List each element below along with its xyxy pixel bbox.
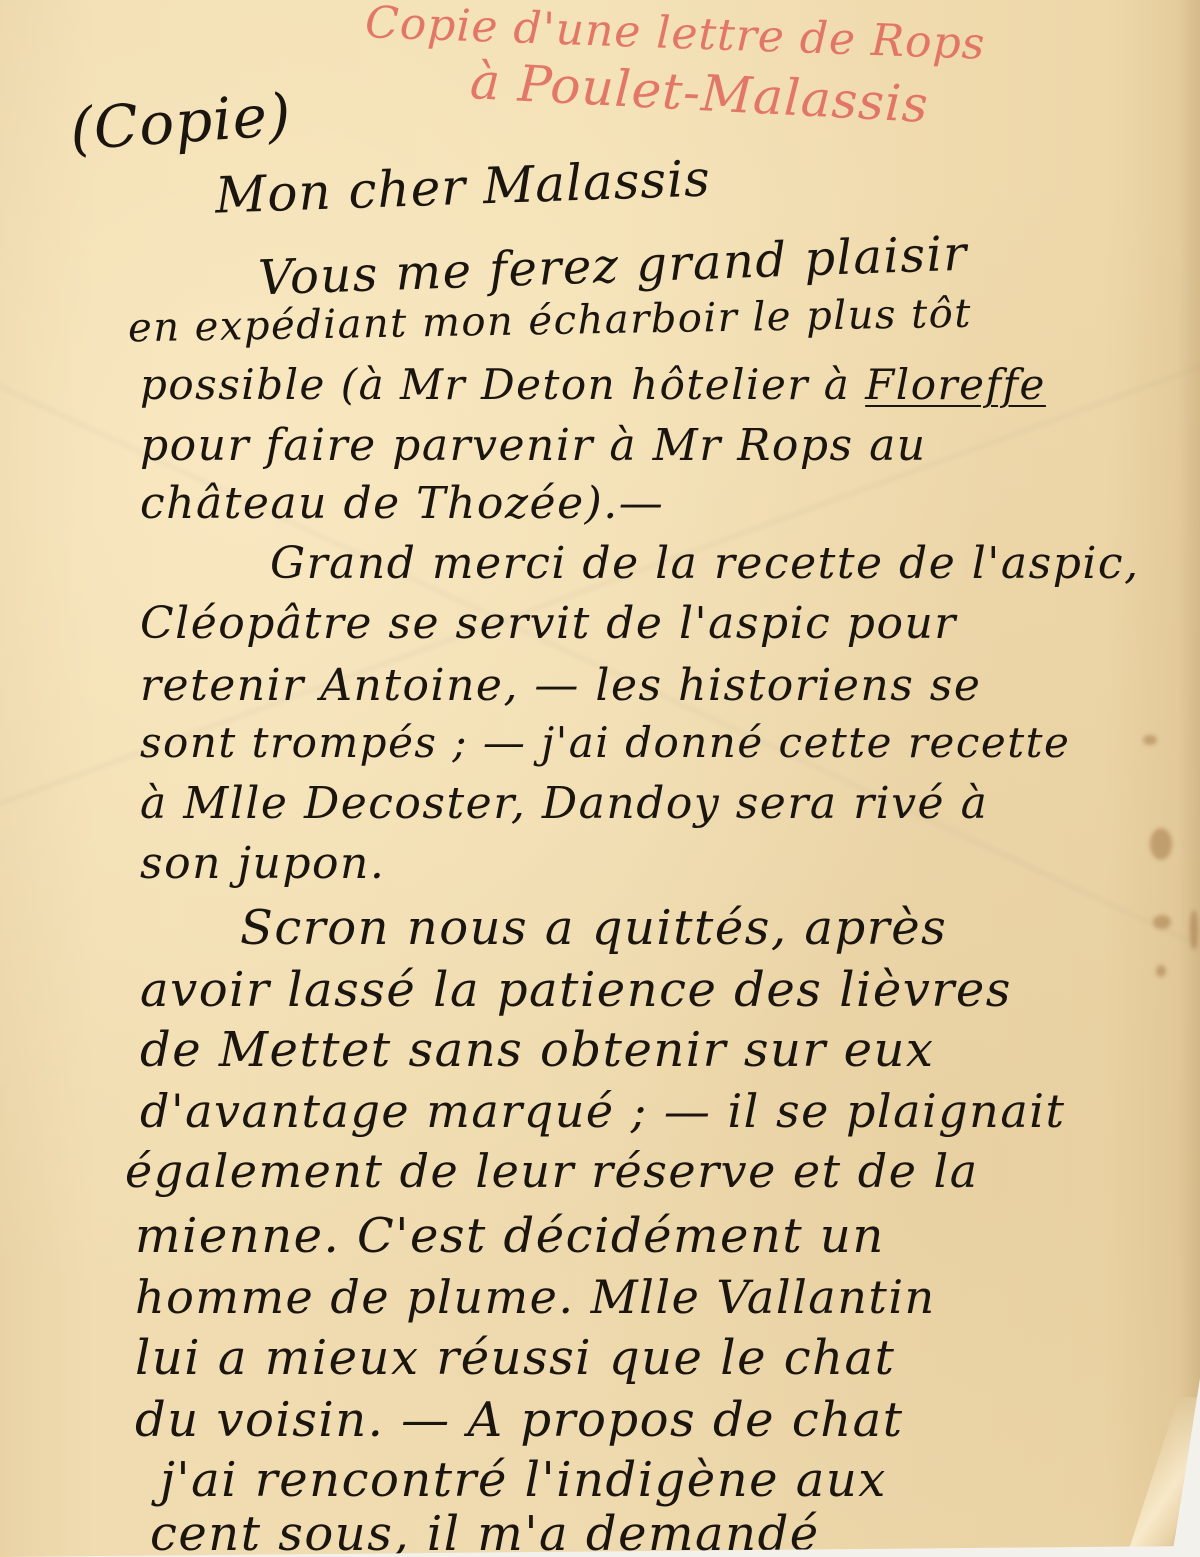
salutation: Mon cher Malassis: [214, 149, 711, 224]
body-line: son jupon.: [140, 838, 385, 889]
body-line: de Mettet sans obtenir sur eux: [140, 1022, 934, 1078]
foxing-stain: [1150, 828, 1172, 860]
body-line: du voisin. — A propos de chat: [135, 1392, 904, 1448]
body-line: château de Thozée).—: [140, 478, 664, 529]
foxing-stain: [1156, 965, 1166, 977]
body-line: possible (à Mr Deton hôtelier à Floreffe: [140, 360, 1046, 409]
body-line: Cléopâtre se servit de l'aspic pour: [140, 598, 957, 649]
body-line: Scron nous a quittés, après: [240, 900, 947, 956]
body-line: mienne. C'est décidément un: [135, 1208, 885, 1264]
body-line: pour faire parvenir à Mr Rops au: [140, 420, 927, 471]
body-line: à Mlle Decoster, Dandoy sera rivé à: [140, 778, 988, 829]
annotation-line-1: Copie d'une lettre de Rops: [364, 0, 986, 70]
paper-edge-shadow: [1178, 0, 1200, 1557]
foxing-stain: [1190, 910, 1198, 950]
torn-corner: [1130, 1397, 1200, 1547]
body-line: d'avantage marqué ; — il se plaignait: [140, 1084, 1065, 1138]
body-line: lui a mieux réussi que le chat: [135, 1330, 895, 1386]
body-line: sont trompés ; — j'ai donné cette recett…: [140, 718, 1070, 767]
underlined-word: Floreffe: [865, 360, 1046, 409]
copy-label: (Copie): [68, 80, 294, 163]
letter-page: Copie d'une lettre de Rops à Poulet-Mala…: [0, 0, 1200, 1557]
body-line: homme de plume. Mlle Vallantin: [135, 1270, 936, 1324]
body-line: Grand merci de la recette de l'aspic,: [270, 538, 1140, 589]
body-line: cent sous, il m'a demandé: [150, 1506, 820, 1557]
body-line: en expédiant mon écharboir le plus tôt: [128, 291, 973, 352]
body-line: retenir Antoine, — les historiens se: [140, 660, 981, 711]
body-line: également de leur réserve et de la: [125, 1144, 979, 1198]
foxing-stain: [1153, 915, 1171, 929]
body-line: j'ai rencontré l'indigène aux: [160, 1452, 887, 1508]
body-line: avoir lassé la patience des lièvres: [140, 962, 1012, 1018]
ink-stain: [1143, 735, 1157, 745]
body-line-text: possible (à Mr Deton hôtelier à Floreffe: [140, 360, 1046, 409]
